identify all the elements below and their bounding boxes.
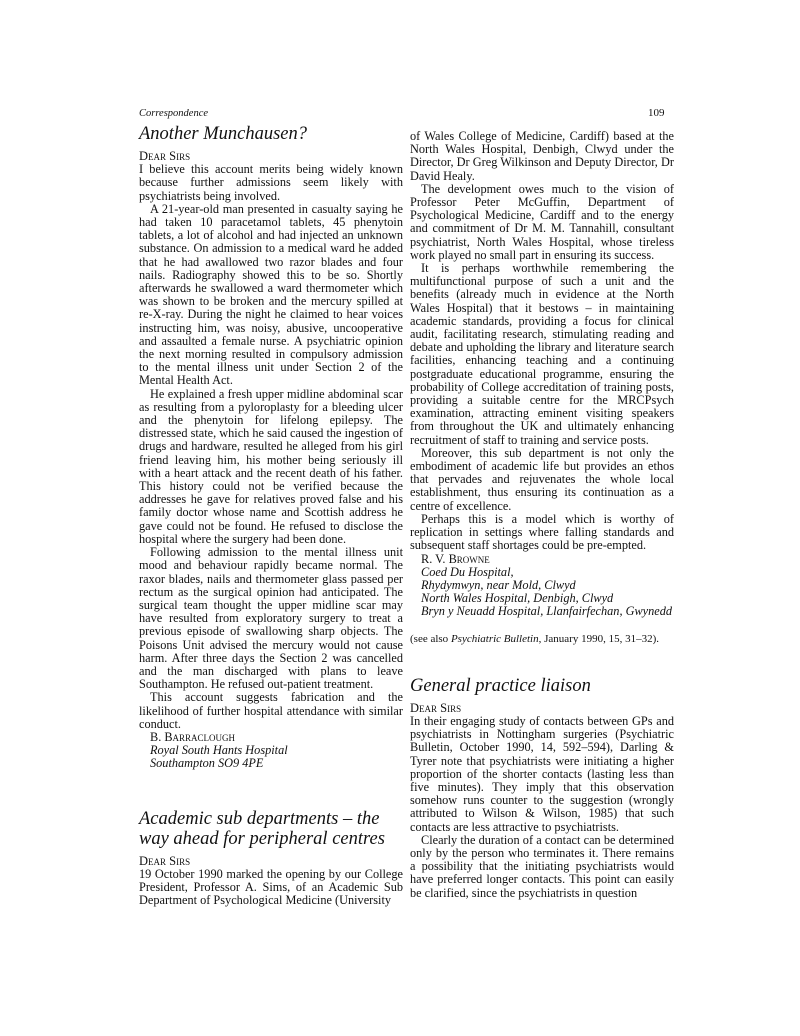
note-prefix: (see also xyxy=(410,633,451,645)
letter-title: Academic sub departments – the way ahead… xyxy=(139,809,403,849)
paragraph: A 21-year-old man presented in casualty … xyxy=(139,203,403,388)
address-line: Southampton SO9 4PE xyxy=(139,757,403,770)
paragraph: The development owes much to the vision … xyxy=(410,183,674,262)
see-also-note: (see also Psychiatric Bulletin, January … xyxy=(410,633,674,646)
paragraph: Following admission to the mental illnes… xyxy=(139,546,403,691)
salutation: Dear Sirs xyxy=(139,855,403,868)
note-suffix: , January 1990, 15, 31–32). xyxy=(539,633,659,645)
signature: R. V. Browne xyxy=(410,553,674,566)
right-column: of Wales College of Medicine, Cardiff) b… xyxy=(410,130,674,900)
paragraph: He explained a fresh upper midline abdom… xyxy=(139,388,403,546)
note-journal: Psychiatric Bulletin xyxy=(451,633,539,645)
paragraph: In their engaging study of contacts betw… xyxy=(410,715,674,834)
address-line: Coed Du Hospital, xyxy=(410,566,674,579)
letter-title: Another Munchausen? xyxy=(139,124,403,144)
address-line: Bryn y Neuadd Hospital, Llanfairfechan, … xyxy=(410,605,674,618)
running-head: Correspondence xyxy=(139,108,208,119)
paragraph: 19 October 1990 marked the opening by ou… xyxy=(139,868,403,908)
paragraph: I believe this account merits being wide… xyxy=(139,163,403,203)
paragraph: Perhaps this is a model which is worthy … xyxy=(410,513,674,553)
left-column: Another Munchausen? Dear Sirs I believe … xyxy=(139,124,403,907)
paragraph: Moreover, this sub department is not onl… xyxy=(410,447,674,513)
letter-title: General practice liaison xyxy=(410,676,674,696)
paragraph: of Wales College of Medicine, Cardiff) b… xyxy=(410,130,674,183)
paragraph: This account suggests fabrication and th… xyxy=(139,691,403,731)
journal-page: Correspondence 109 Another Munchausen? D… xyxy=(0,0,800,1036)
salutation: Dear Sirs xyxy=(410,702,674,715)
page-number: 109 xyxy=(648,107,665,119)
paragraph: It is perhaps worthwhile remembering the… xyxy=(410,262,674,447)
paragraph: Clearly the duration of a contact can be… xyxy=(410,834,674,900)
